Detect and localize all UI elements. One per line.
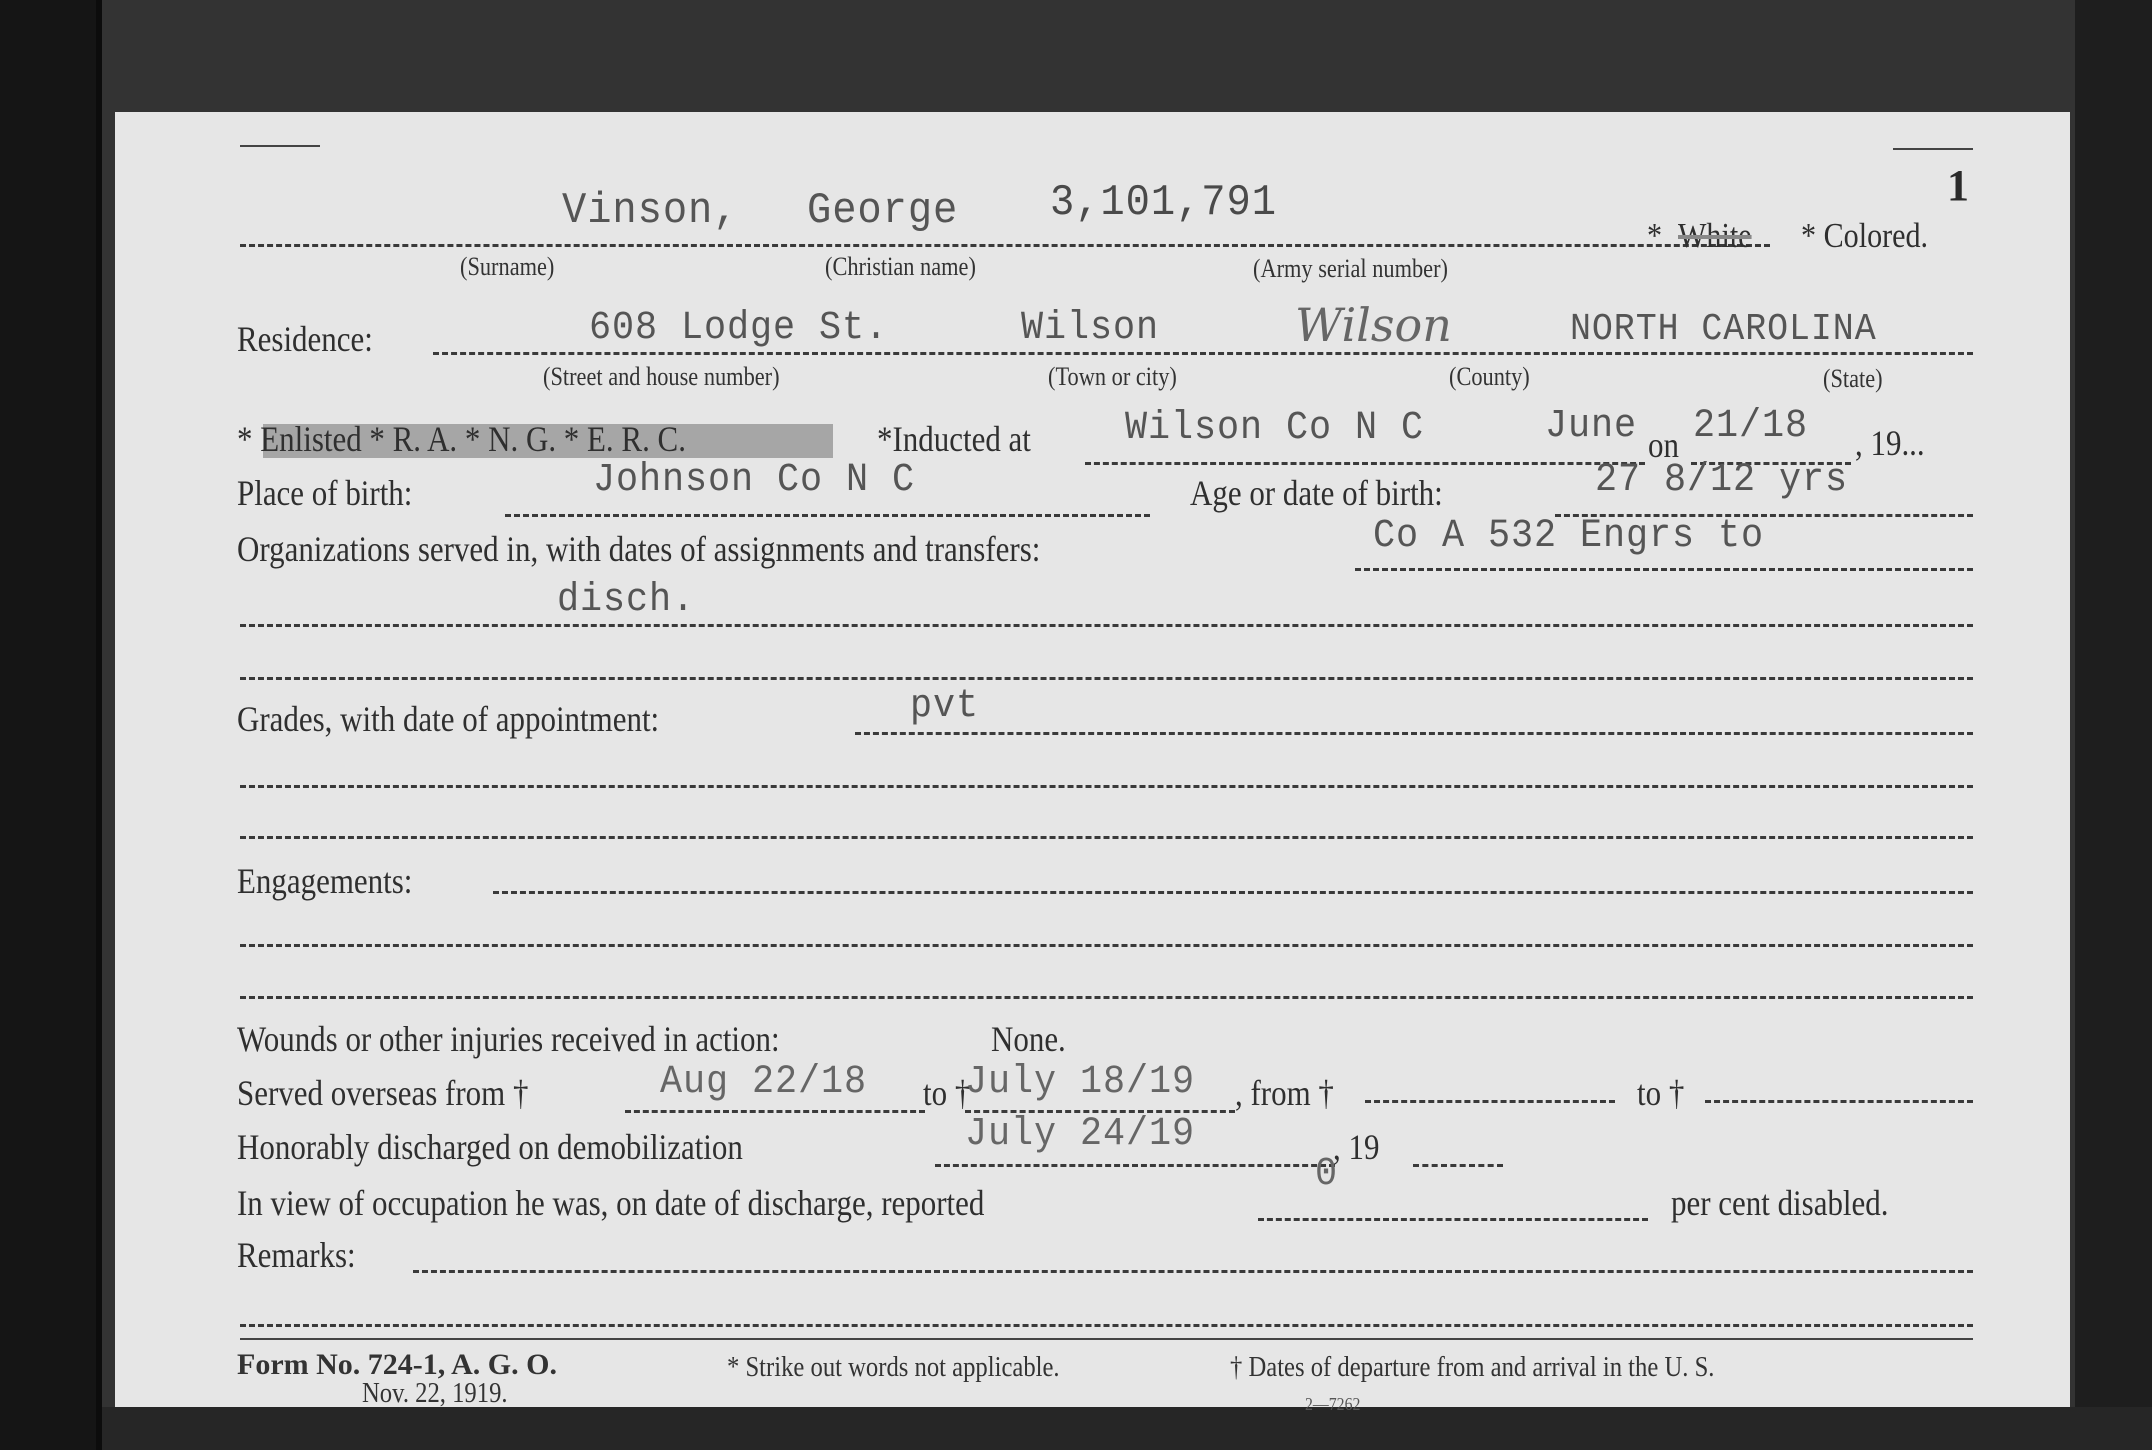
age-value: 27 8/12 yrs: [1595, 458, 1848, 503]
overseas-to2-line: [1705, 1100, 1973, 1103]
organizations-line-1: [1355, 568, 1973, 571]
name-line: [240, 244, 1770, 247]
discharge-year-line: [1413, 1164, 1503, 1167]
surname-value: Vinson,: [562, 186, 738, 236]
overseas-from2-label: , from †: [1235, 1072, 1334, 1114]
remarks-line-1: [413, 1270, 1973, 1273]
inducted-at-line: [1085, 462, 1645, 465]
town-caption: (Town or city): [1048, 362, 1177, 392]
organizations-line-3: [240, 677, 1973, 680]
overseas-from-date: Aug 22/18: [660, 1060, 867, 1105]
disability-line: [1258, 1218, 1648, 1221]
grades-line-3: [240, 836, 1973, 839]
form-number: Form No. 724-1, A. G. O.: [237, 1348, 557, 1382]
top-left-rule: [240, 145, 320, 147]
street-caption: (Street and house number): [543, 362, 780, 392]
discharge-label: Honorably discharged on demobilization: [237, 1126, 743, 1168]
induction-date: 21/18: [1693, 404, 1808, 449]
race-white-struck: White: [1678, 216, 1752, 256]
residence-line: [433, 352, 1973, 355]
overseas-from-label: Served overseas from †: [237, 1072, 528, 1114]
top-right-rule: [1893, 148, 1973, 150]
overseas-to2-label: to †: [1637, 1072, 1684, 1114]
print-code: 2—7262: [1305, 1394, 1360, 1415]
overseas-to-date: July 18/19: [965, 1060, 1195, 1105]
remarks-label: Remarks:: [237, 1234, 356, 1276]
residence-street: 608 Lodge St.: [589, 306, 888, 351]
overseas-to-label: to †: [923, 1072, 970, 1114]
grades-label: Grades, with date of appointment:: [237, 698, 659, 740]
form-date: Nov. 22, 1919.: [362, 1378, 508, 1410]
place-of-birth-line: [505, 514, 1150, 517]
grades-value: pvt: [910, 684, 979, 729]
inducted-at-value: Wilson Co N C: [1125, 406, 1424, 451]
wounds-label: Wounds or other injuries received in act…: [237, 1018, 780, 1060]
serial-number-value: 3,101,791: [1050, 178, 1277, 228]
wounds-value: None.: [991, 1018, 1066, 1060]
service-record-card: 1 Vinson, George 3,101,791 * White * Col…: [115, 112, 2070, 1407]
race-colored: * Colored.: [1801, 216, 1928, 256]
discharge-year-label: , 19: [1333, 1126, 1379, 1168]
remarks-line-2: [240, 1324, 1973, 1327]
grades-line-1: [855, 732, 1973, 735]
place-of-birth-label: Place of birth:: [237, 472, 412, 514]
disability-value: 0: [1315, 1152, 1338, 1197]
race-asterisk: *: [1647, 216, 1662, 256]
strike-note: * Strike out words not applicable.: [727, 1352, 1060, 1384]
engagements-label: Engagements:: [237, 860, 412, 902]
inducted-at-label: *Inducted at: [877, 418, 1031, 460]
engagements-line-2: [240, 944, 1973, 947]
christian-name-caption: (Christian name): [825, 252, 976, 282]
organizations-label: Organizations served in, with dates of a…: [237, 528, 1040, 570]
induction-month: June: [1545, 404, 1637, 449]
discharge-date: July 24/19: [965, 1112, 1195, 1157]
induction-year-label: , 19...: [1855, 422, 1925, 464]
enlistment-options: * Enlisted * R. A. * N. G. * E. R. C.: [237, 418, 686, 460]
discharge-line: [935, 1164, 1335, 1167]
organizations-line-2: [240, 624, 1973, 627]
organizations-line1: Co A 532 Engrs to: [1373, 514, 1764, 559]
scan-bottom-edge: [102, 1407, 2152, 1450]
engagements-line-3: [240, 996, 1973, 999]
engagements-line-1: [493, 891, 1973, 894]
age-label: Age or date of birth:: [1190, 472, 1443, 514]
place-of-birth-value: Johnson Co N C: [593, 458, 915, 503]
christian-name-value: George: [807, 186, 958, 236]
grades-line-2: [240, 785, 1973, 788]
residence-label: Residence:: [237, 318, 373, 360]
state-caption: (State): [1823, 364, 1883, 394]
overseas-from-line: [625, 1110, 925, 1113]
disability-label: In view of occupation he was, on date of…: [237, 1182, 984, 1224]
scan-right-edge: [2075, 0, 2152, 1450]
footer-rule: [240, 1338, 1973, 1340]
surname-caption: (Surname): [460, 252, 554, 282]
residence-town: Wilson: [1021, 306, 1159, 351]
dates-note: † Dates of departure from and arrival in…: [1230, 1352, 1714, 1384]
card-number: 1: [1947, 160, 1969, 211]
binder-strip: [0, 0, 96, 1450]
organizations-line2: disch.: [557, 578, 695, 623]
overseas-from2-line: [1365, 1100, 1615, 1103]
residence-state: NORTH CAROLINA: [1570, 308, 1877, 351]
serial-number-caption: (Army serial number): [1253, 254, 1448, 284]
county-caption: (County): [1449, 362, 1530, 392]
residence-county-handwritten: Wilson: [1295, 298, 1452, 352]
disability-suffix: per cent disabled.: [1671, 1182, 1888, 1224]
